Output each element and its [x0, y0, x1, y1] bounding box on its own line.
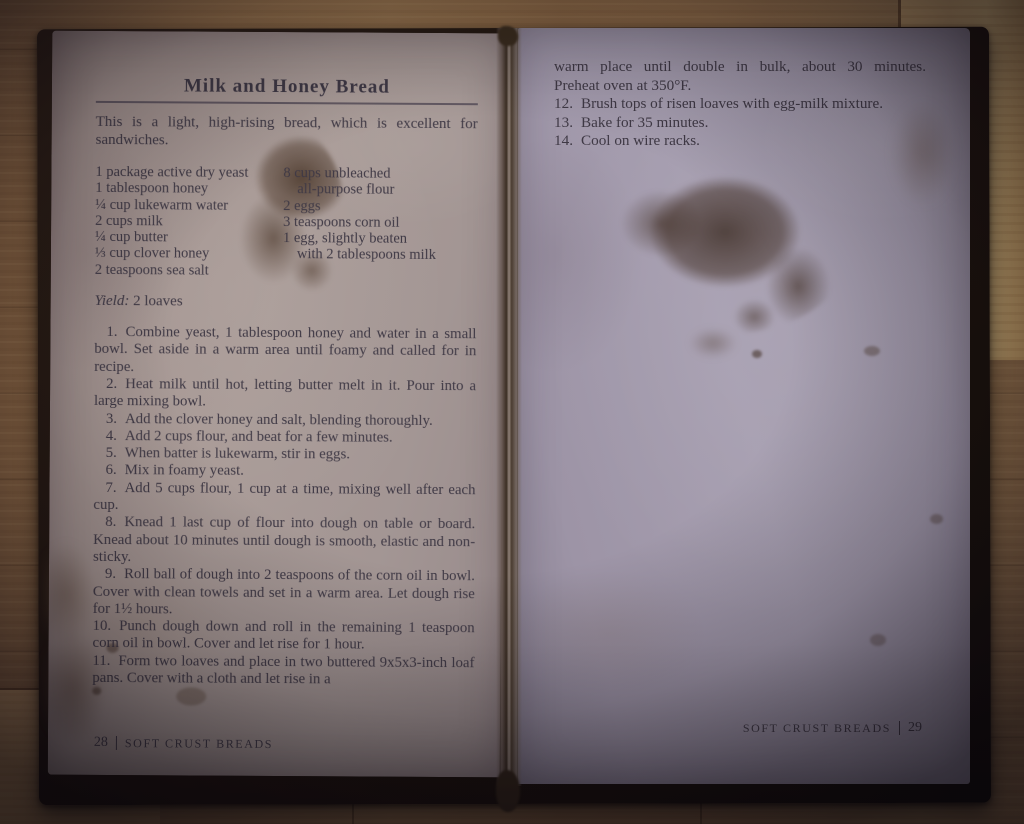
- step-9: 9.Roll ball of dough into 2 teaspoons of…: [93, 566, 475, 620]
- preheat-line: Preheat oven at 350°F.: [554, 77, 926, 96]
- step-number: 3.: [106, 411, 117, 427]
- step-text: Form two loaves and place in two buttere…: [92, 653, 474, 688]
- step-text: Cool on wire racks.: [581, 132, 700, 149]
- step-13: 13.Bake for 35 minutes.: [554, 114, 926, 133]
- ingredient: 8 cups unbleached: [283, 165, 477, 182]
- yield-line: Yield: 2 loaves: [95, 293, 477, 312]
- step-12: 12.Brush tops of risen loaves with egg-m…: [554, 95, 926, 114]
- step-number: 14.: [554, 132, 573, 149]
- step-number: 1.: [106, 324, 117, 340]
- step-text: Add the clover honey and salt, blending …: [125, 411, 433, 429]
- step-number: 8.: [105, 514, 116, 530]
- ingredient: 1 tablespoon honey: [95, 180, 283, 197]
- stain-spot: [930, 514, 943, 524]
- step-number: 9.: [105, 566, 116, 582]
- spine-tear-bottom: [496, 770, 520, 812]
- step-11: 11.Form two loaves and place in two butt…: [92, 653, 474, 690]
- ingredient: 3 teaspoons corn oil: [283, 214, 477, 231]
- step-7: 7.Add 5 cups flour, 1 cup at a time, mix…: [93, 480, 475, 517]
- step-number: 2.: [106, 376, 117, 392]
- page-left-content: Milk and Honey Bread This is a light, hi…: [92, 75, 478, 777]
- step-number: 6.: [106, 462, 117, 478]
- recipe-steps: 1.Combine yeast, 1 tablespoon honey and …: [92, 324, 476, 690]
- ingredient: ¼ cup lukewarm water: [95, 196, 283, 213]
- yield-label: Yield:: [95, 293, 130, 309]
- step-text: Mix in foamy yeast.: [125, 463, 244, 480]
- ingredients-column-2: 8 cups unbleached all-purpose flour 2 eg…: [283, 165, 478, 280]
- step-text: Add 5 cups flour, 1 cup at a time, mixin…: [93, 480, 475, 513]
- ingredient: 2 teaspoons sea salt: [95, 262, 283, 279]
- ingredient: 1 package active dry yeast: [95, 164, 283, 181]
- step-1: 1.Combine yeast, 1 tablespoon honey and …: [94, 324, 476, 378]
- step-text: Add 2 cups flour, and beat for a few min…: [125, 428, 393, 446]
- step-text: Brush tops of risen loaves with egg-milk…: [581, 95, 883, 112]
- step-10: 10.Punch dough down and roll in the rema…: [92, 618, 474, 655]
- step-text: Roll ball of dough into 2 teaspoons of t…: [93, 566, 475, 617]
- step-2: 2.Heat milk until hot, letting butter me…: [94, 376, 476, 413]
- step-number: 10.: [93, 618, 112, 634]
- step-number: 11.: [92, 653, 110, 669]
- step-number: 7.: [105, 480, 116, 496]
- step-text: Knead 1 last cup of flour into dough on …: [93, 514, 475, 565]
- recipe-intro: This is a light, high-rising bread, whic…: [96, 113, 478, 151]
- title-rule: [96, 101, 478, 105]
- spine-tear-top: [498, 26, 518, 46]
- ingredient: ⅓ cup clover honey: [95, 245, 283, 262]
- ingredients-column-1: 1 package active dry yeast 1 tablespoon …: [95, 164, 284, 279]
- step-number: 13.: [554, 114, 573, 131]
- ingredient: 1 egg, slightly beaten: [283, 230, 477, 247]
- page-left: Milk and Honey Bread This is a light, hi…: [48, 31, 505, 778]
- step-text: Punch dough down and roll in the remaini…: [92, 618, 474, 653]
- step-number: 4.: [106, 428, 117, 444]
- step-number: 12.: [554, 95, 573, 112]
- step-11-continuation: warm place until double in bulk, about 3…: [554, 58, 926, 77]
- ingredients-list: 1 package active dry yeast 1 tablespoon …: [95, 164, 478, 280]
- step-text: Combine yeast, 1 tablespoon honey and wa…: [94, 324, 476, 375]
- step-text: Heat milk until hot, letting butter melt…: [94, 376, 476, 410]
- book-spine: [496, 28, 522, 786]
- ingredient: 2 cups milk: [95, 213, 283, 230]
- ingredient-continued: all-purpose flour: [283, 181, 477, 198]
- step-text: When batter is lukewarm, stir in eggs.: [125, 445, 350, 462]
- step-number: 5.: [106, 445, 117, 461]
- page-right-content: warm place until double in bulk, about 3…: [554, 58, 926, 784]
- recipe-steps-continued: warm place until double in bulk, about 3…: [554, 58, 926, 151]
- recipe-title: Milk and Honey Bread: [96, 75, 478, 99]
- step-14: 14.Cool on wire racks.: [554, 132, 926, 151]
- page-right: warm place until double in bulk, about 3…: [518, 28, 970, 784]
- yield-value: 2 loaves: [133, 293, 183, 309]
- ingredient-continued: with 2 tablespoons milk: [283, 247, 477, 264]
- ingredient: 2 eggs: [283, 198, 477, 215]
- step-8: 8.Knead 1 last cup of flour into dough o…: [93, 514, 475, 568]
- step-text: Bake for 35 minutes.: [581, 114, 708, 131]
- ingredient: ¼ cup butter: [95, 229, 283, 246]
